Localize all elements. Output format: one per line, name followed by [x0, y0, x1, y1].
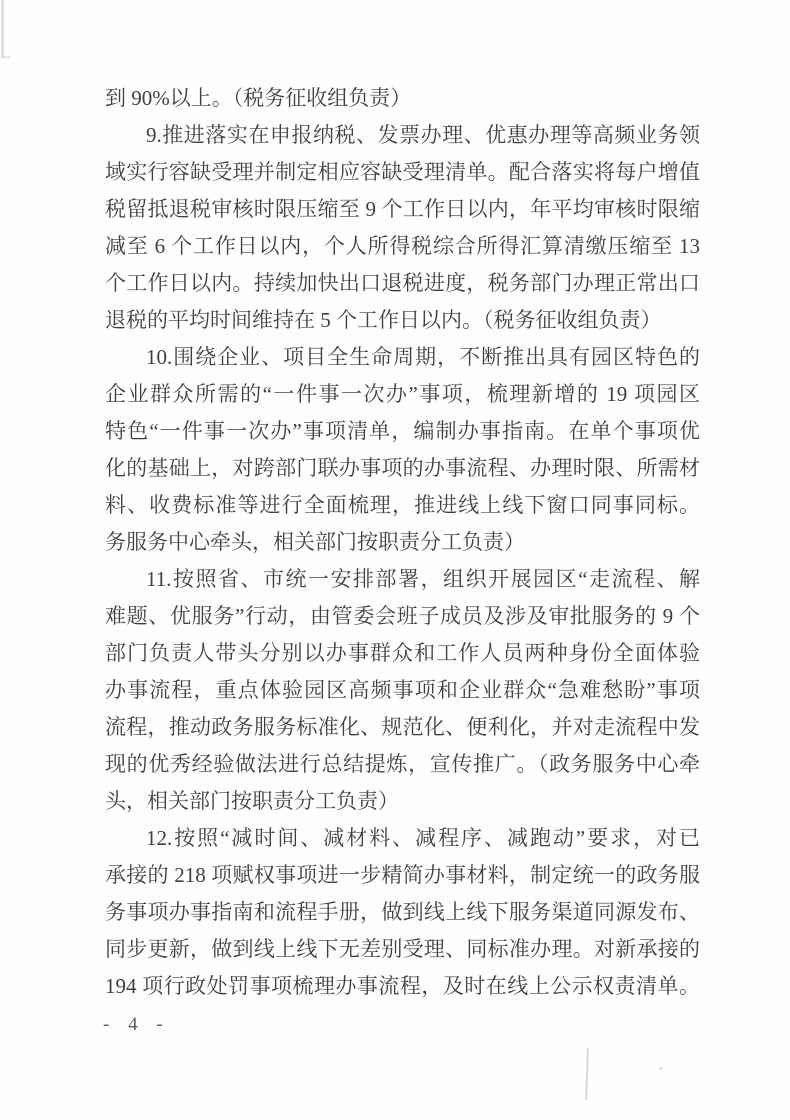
document-line: 特色“一件事一次办”事项清单，编制办事指南。在单个事项优	[105, 413, 700, 450]
document-line: 9.推进落实在申报纳税、发票办理、优惠办理等高频业务领	[105, 117, 700, 154]
document-line: 流程，推动政务服务标准化、规范化、便利化，并对走流程中发	[105, 709, 700, 746]
document-line: 到 90%以上。（税务征收组负责）	[105, 80, 700, 117]
document-line: 难题、优服务”行动，由管委会班子成员及涉及审批服务的 9 个	[105, 598, 700, 635]
document-line: 同步更新，做到线上线下无差别受理、同标准办理。对新承接的	[105, 931, 700, 968]
document-line: 12.按照“减时间、减材料、减程序、减跑动”要求，对已	[105, 820, 700, 857]
scan-speck-artifact	[659, 1067, 662, 1070]
document-line: 194 项行政处罚事项梳理办事流程，及时在线上公示权责清单。	[105, 968, 700, 1005]
document-line: 税留抵退税审核时限压缩至 9 个工作日以内，年平均审核时限缩	[105, 191, 700, 228]
document-line: 务事项办事指南和流程手册，做到线上线下服务渠道同源发布、	[105, 894, 700, 931]
document-line: 退税的平均时间维持在 5 个工作日以内。（税务征收组负责）	[105, 302, 700, 339]
document-line: 承接的 218 项赋权事项进一步精简办事材料，制定统一的政务服	[105, 857, 700, 894]
document-line: 域实行容缺受理并制定相应容缺受理清单。配合落实将每户增值	[105, 154, 700, 191]
document-line: 11.按照省、市统一安排部署，组织开展园区“走流程、解	[105, 561, 700, 598]
page-number: - 4 -	[103, 1012, 170, 1038]
document-line: 务服务中心牵头，相关部门按职责分工负责）	[105, 524, 700, 561]
document-line: 化的基础上，对跨部门联办事项的办事流程、办理时限、所需材	[105, 450, 700, 487]
document-body: 到 90%以上。（税务征收组负责）9.推进落实在申报纳税、发票办理、优惠办理等高…	[105, 80, 700, 1005]
scan-corner-artifact	[1, 56, 11, 58]
scan-scratch-artifact	[585, 1048, 589, 1100]
document-line: 办事流程，重点体验园区高频事项和企业群众“急难愁盼”事项	[105, 672, 700, 709]
document-line: 部门负责人带头分别以办事群众和工作人员两种身份全面体验	[105, 635, 700, 672]
scanned-document-page: 到 90%以上。（税务征收组负责）9.推进落实在申报纳税、发票办理、优惠办理等高…	[0, 0, 790, 1120]
document-line: 个工作日以内。持续加快出口退税进度，税务部门办理正常出口	[105, 265, 700, 302]
document-line: 头，相关部门按职责分工负责）	[105, 783, 700, 820]
document-line: 企业群众所需的“一件事一次办”事项，梳理新增的 19 项园区	[105, 376, 700, 413]
scan-edge-artifact	[1, 0, 4, 58]
document-line: 减至 6 个工作日以内，个人所得税综合所得汇算清缴压缩至 13	[105, 228, 700, 265]
document-line: 现的优秀经验做法进行总结提炼，宣传推广。（政务服务中心牵	[105, 746, 700, 783]
document-line: 10.围绕企业、项目全生命周期，不断推出具有园区特色的	[105, 339, 700, 376]
document-line: 料、收费标准等进行全面梳理，推进线上线下窗口同事同标。（政	[105, 487, 700, 524]
